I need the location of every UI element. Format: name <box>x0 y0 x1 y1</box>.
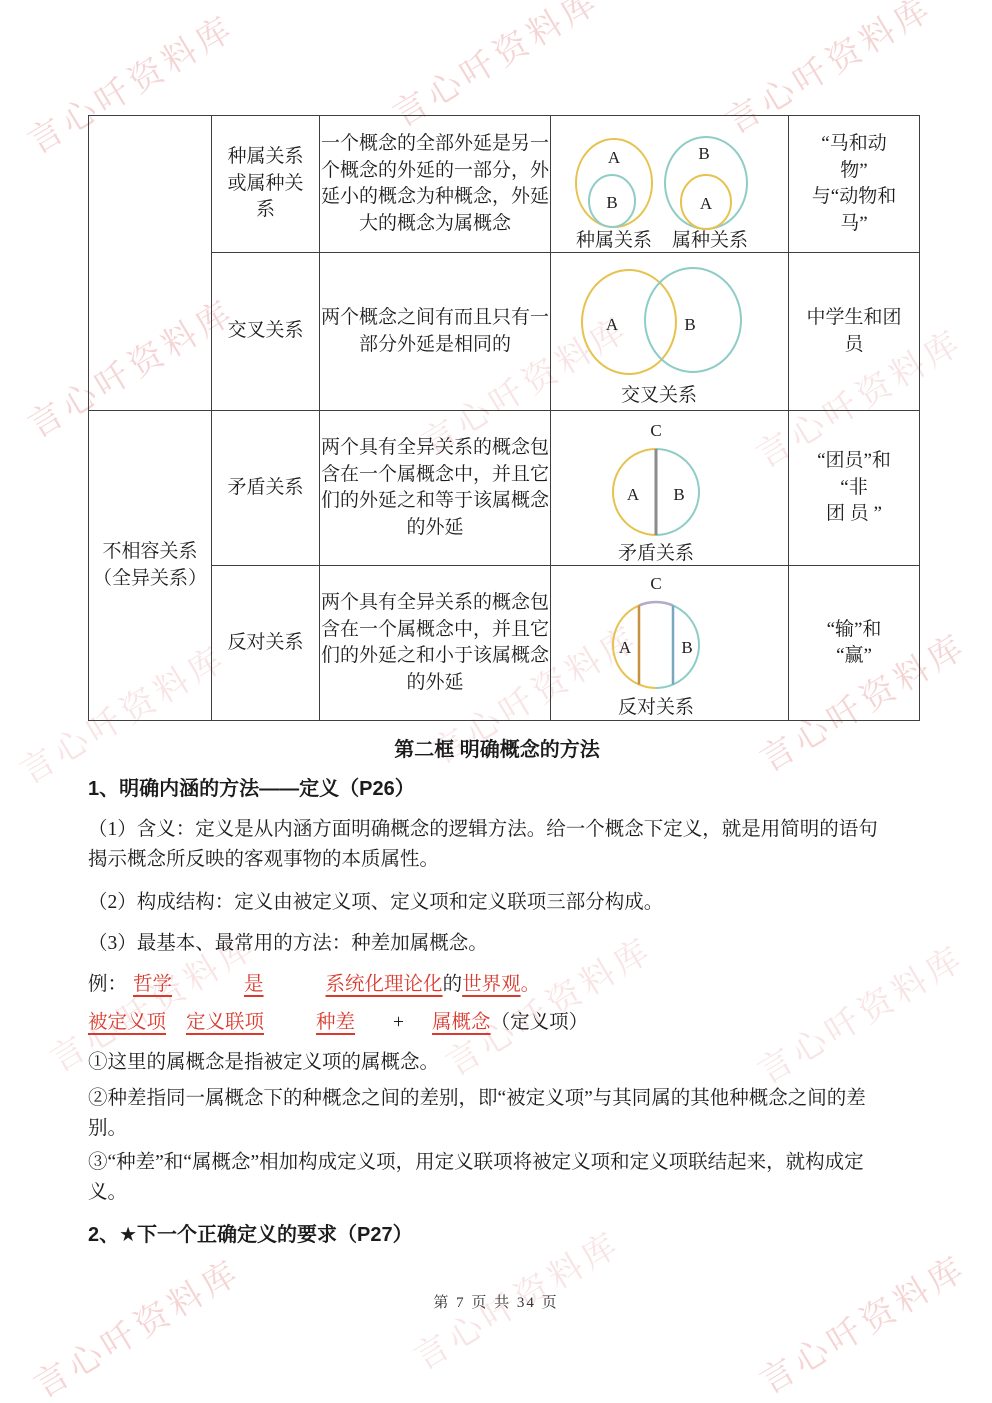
venn-label: B <box>673 485 684 504</box>
part-definiendum: 被定义项 <box>88 1010 166 1036</box>
category-cell: 不相容关系 （全异关系） <box>89 411 212 721</box>
example-text: “马和动 <box>789 131 919 158</box>
venn-caption: 属种关系 <box>672 229 748 251</box>
relation-name: 交叉关系 <box>212 318 319 345</box>
table-row: 反对关系 两个具有全异关系的概念包含在一个属概念中，并且它们的外延之和小于该属概… <box>89 566 920 721</box>
example-period: 。 <box>521 972 541 998</box>
concept-relations-table: 种属关系 或属种关 系 一个概念的全部外延是另一个概念的外延的一部分，外延小的概… <box>88 115 920 721</box>
example-term: 哲学 <box>133 972 172 998</box>
relation-name: 矛盾关系 <box>212 475 319 502</box>
section-heading-1: 1、明确内涵的方法——定义（P26） <box>88 776 906 802</box>
part-differentia-label: 种差 <box>316 1010 355 1036</box>
venn-caption: 种属关系 <box>576 229 652 251</box>
part-genus-label: 属概念 <box>432 1010 491 1036</box>
venn-label: A <box>700 194 713 213</box>
document-page: 言心吀资料库 言心吀资料库 言心吀资料库 言心吀资料库 言心吀资料库 言心吀资料… <box>0 0 992 1403</box>
paragraph-definition-structure: （2）构成结构：定义由被定义项、定义项和定义联项三部分构成。 <box>88 888 894 918</box>
relation-name: 种属关系 <box>212 144 319 171</box>
venn-label: B <box>698 144 709 163</box>
venn-caption: 反对关系 <box>618 696 694 718</box>
venn-caption: 矛盾关系 <box>618 542 694 564</box>
description-cell: 一个概念的全部外延是另一个概念的外延的一部分，外延小的概念为种概念，外延大的概念… <box>320 116 551 253</box>
example-genus: 世界观 <box>462 972 521 998</box>
venn-label: C <box>650 421 661 440</box>
top-arc-lavender <box>639 601 673 605</box>
venn-diagram-cell: C A B 矛盾关系 <box>551 411 789 566</box>
watermark: 言心吀资料库 <box>23 1245 249 1403</box>
section-content: 第二框 明确概念的方法 1、明确内涵的方法——定义（P26） （1）含义：定义是… <box>88 720 906 1248</box>
example-text: 马” <box>789 211 919 238</box>
venn-diagram-cell: A B B A 种属关系 属种关系 <box>551 116 789 253</box>
venn-label: B <box>681 638 692 657</box>
example-prefix: 例： <box>88 972 127 998</box>
venn-label: A <box>627 485 640 504</box>
example-text: “输”和 <box>789 617 919 644</box>
example-text: 团 员 ” <box>789 501 919 528</box>
example-differentia: 系统化理论化 <box>326 972 443 998</box>
venn-label: C <box>650 574 661 593</box>
paragraph-definition-meaning: （1）含义：定义是从内涵方面明确概念的逻辑方法。给一个概念下定义，就是用简明的语… <box>88 815 894 875</box>
venn-diagram-cell: A B 交叉关系 <box>551 253 789 411</box>
venn-label: B <box>684 315 695 334</box>
table-row: 不相容关系 （全异关系） 矛盾关系 两个具有全异关系的概念包含在一个属概念中，并… <box>89 411 920 566</box>
note-1: ①这里的属概念是指被定义项的属概念。 <box>88 1048 894 1078</box>
category-cell-empty <box>89 116 212 411</box>
opposition-diagram: C A B 反对关系 <box>551 567 788 720</box>
note-3: ③“种差”和“属概念”相加构成定义项，用定义联项将被定义项和定义项联结起来，就构… <box>88 1148 894 1208</box>
venn-label: A <box>608 148 621 167</box>
venn-label: A <box>619 638 632 657</box>
definition-parts-line: 被定义项 定义联项 种差 + 属概念 （定义项） <box>88 1010 906 1036</box>
relation-name: 反对关系 <box>212 630 319 657</box>
example-copula: 是 <box>244 972 264 998</box>
example-particle: 的 <box>443 972 463 998</box>
example-text: “团员”和 <box>789 448 919 475</box>
venn-caption: 交叉关系 <box>621 384 697 406</box>
example-cell: 中学生和团 员 <box>789 253 920 411</box>
venn-diagram-cell: C A B 反对关系 <box>551 566 789 721</box>
table-row: 种属关系 或属种关 系 一个概念的全部外延是另一个概念的外延的一部分，外延小的概… <box>89 116 920 253</box>
example-cell: “马和动 物” 与“动物和 马” <box>789 116 920 253</box>
nested-circles-diagram: A B B A 种属关系 属种关系 <box>552 117 787 252</box>
example-text: 员 <box>789 332 919 359</box>
relation-name: 系 <box>212 197 319 224</box>
venn-label: B <box>606 193 617 212</box>
example-text: “赢” <box>789 643 919 670</box>
category-text: （全异关系） <box>89 566 211 593</box>
example-text: 与“动物和 <box>789 184 919 211</box>
relation-cell: 种属关系 或属种关 系 <box>212 116 320 253</box>
part-definiens-label: （定义项） <box>491 1010 589 1036</box>
section-heading-2: 2、★下一个正确定义的要求（P27） <box>88 1222 906 1248</box>
definition-example-line: 例： 哲学 是 系统化理论化 的 世界观 。 <box>88 972 906 998</box>
relation-cell: 矛盾关系 <box>212 411 320 566</box>
description-cell: 两个具有全异关系的概念包含在一个属概念中，并且它们的外延之和小于该属概念的外延 <box>320 566 551 721</box>
relation-name: 或属种关 <box>212 171 319 198</box>
watermark: 言心吀资料库 <box>749 1241 975 1403</box>
description-cell: 两个概念之间有而且只有一部分外延是相同的 <box>320 253 551 411</box>
part-copula-label: 定义联项 <box>186 1010 264 1036</box>
example-text: 中学生和团 <box>789 305 919 332</box>
paragraph-definition-method: （3）最基本、最常用的方法：种差加属概念。 <box>88 929 894 959</box>
example-text: 物” <box>789 158 919 185</box>
description-cell: 两个具有全异关系的概念包含在一个属概念中，并且它们的外延之和等于该属概念的外延 <box>320 411 551 566</box>
plus-sign: + <box>393 1010 404 1036</box>
overlap-circles-diagram: A B 交叉关系 <box>551 254 788 410</box>
frame-title: 第二框 明确概念的方法 <box>88 737 906 763</box>
table-row: 交叉关系 两个概念之间有而且只有一部分外延是相同的 A B 交叉关系 中学生和团… <box>89 253 920 411</box>
contradiction-diagram: C A B 矛盾关系 <box>551 412 788 565</box>
category-text: 不相容关系 <box>89 539 211 566</box>
example-cell: “输”和 “赢” <box>789 566 920 721</box>
relation-cell: 反对关系 <box>212 566 320 721</box>
example-cell: “团员”和 “非 团 员 ” <box>789 411 920 566</box>
note-2: ②种差指同一属概念下的种概念之间的差别，即“被定义项”与其同属的其他种概念之间的… <box>88 1084 894 1144</box>
relation-cell: 交叉关系 <box>212 253 320 411</box>
page-number: 第 7 页 共 34 页 <box>0 1291 992 1312</box>
venn-label: A <box>606 315 619 334</box>
example-text: “非 <box>789 475 919 502</box>
